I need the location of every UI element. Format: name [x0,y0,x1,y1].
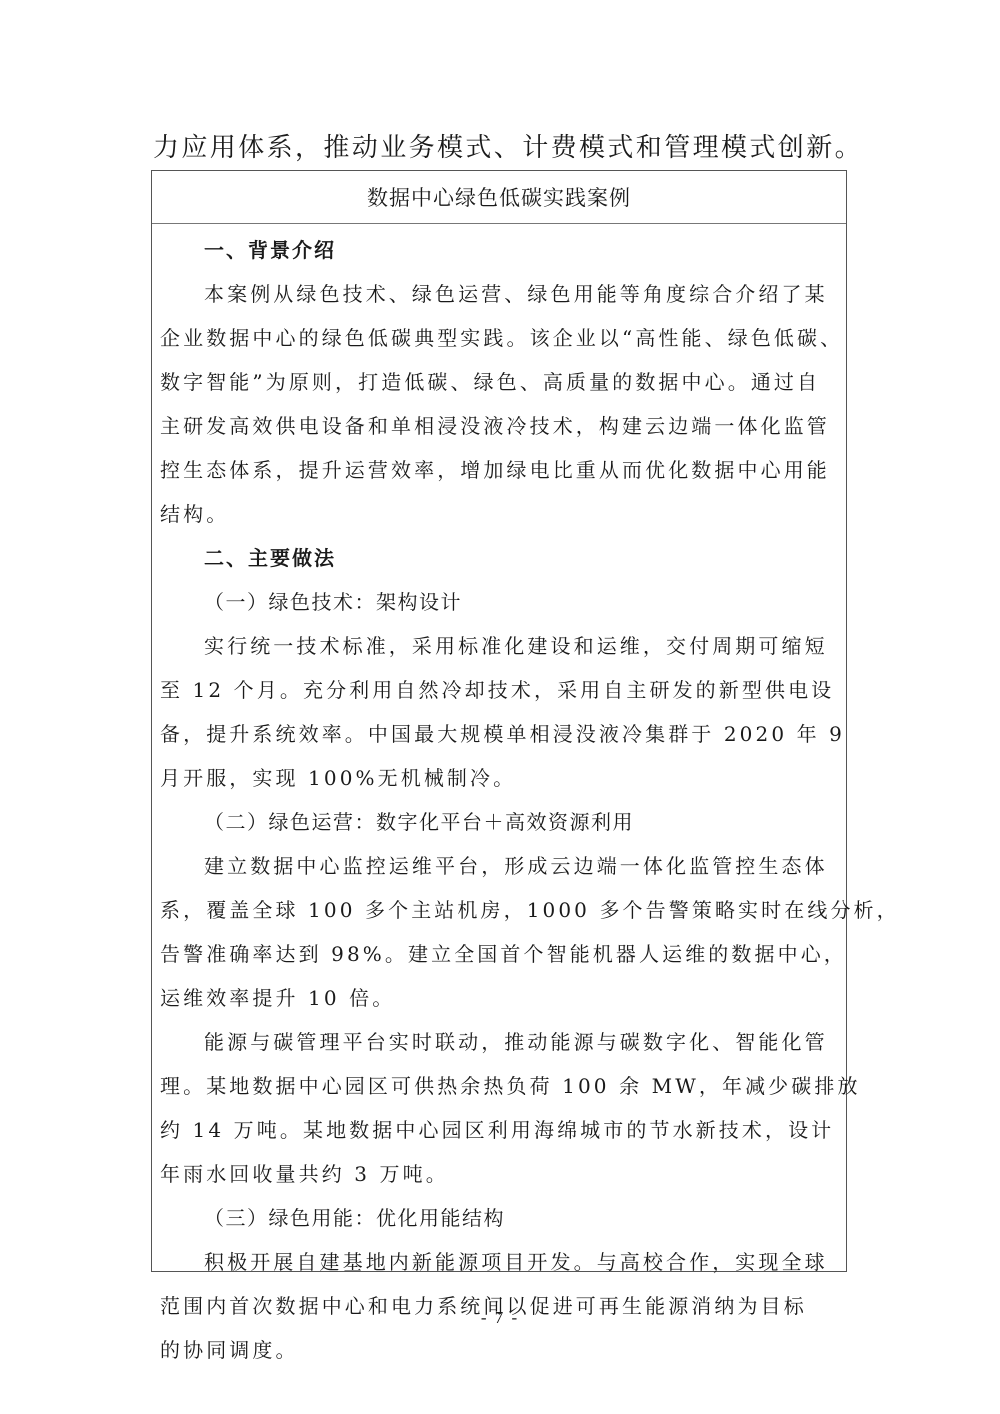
text-line: 备，提升系统效率。中国最大规模单相浸没液冷集群于 2020 年 9 [160,712,838,756]
text-line: 约 14 万吨。某地数据中心园区利用海绵城市的节水新技术，设计 [160,1108,838,1152]
lead-paragraph-tail: 力应用体系，推动业务模式、计费模式和管理模式创新。 [153,128,853,168]
text-line: 企业数据中心的绿色低碳典型实践。该企业以“高性能、绿色低碳、 [160,316,838,360]
case-study-content: 一、背景介绍 本案例从绿色技术、绿色运营、绿色用能等角度综合介绍了某 企业数据中… [152,224,846,1372]
text-line: 月开服，实现 100%无机械制冷。 [160,756,838,800]
text-line: 能源与碳管理平台实时联动，推动能源与碳数字化、智能化管 [160,1020,838,1064]
case-study-box: 数据中心绿色低碳实践案例 一、背景介绍 本案例从绿色技术、绿色运营、绿色用能等角… [151,170,847,1272]
text-line: 运维效率提升 10 倍。 [160,976,838,1020]
text-line: 本案例从绿色技术、绿色运营、绿色用能等角度综合介绍了某 [160,272,838,316]
text-line: 告警准确率达到 98%。建立全国首个智能机器人运维的数据中心， [160,932,838,976]
page-number: - 7 - [0,1308,1000,1328]
paragraph-green-tech: 实行统一技术标准，采用标准化建设和运维，交付周期可缩短 至 12 个月。充分利用… [160,624,838,800]
paragraph-background: 本案例从绿色技术、绿色运营、绿色用能等角度综合介绍了某 企业数据中心的绿色低碳典… [160,272,838,536]
text-line: 主研发高效供电设备和单相浸没液冷技术，构建云边端一体化监管 [160,404,838,448]
text-line: 系，覆盖全球 100 多个主站机房，1000 多个告警策略实时在线分析， [160,888,838,932]
text-line: 数字智能”为原则，打造低碳、绿色、高质量的数据中心。通过自 [160,360,838,404]
text-line: 的协同调度。 [160,1328,838,1372]
section-heading-main-practices: 二、主要做法 [160,536,838,580]
paragraph-green-ops-platform: 建立数据中心监控运维平台，形成云边端一体化监管控生态体 系，覆盖全球 100 多… [160,844,838,1020]
section-heading-background: 一、背景介绍 [160,228,838,272]
text-line: 年雨水回收量共约 3 万吨。 [160,1152,838,1196]
subsection-heading-green-energy-use: （三）绿色用能：优化用能结构 [160,1196,838,1240]
text-line: 控生态体系，提升运营效率，增加绿电比重从而优化数据中心用能 [160,448,838,492]
text-line: 至 12 个月。充分利用自然冷却技术，采用自主研发的新型供电设 [160,668,838,712]
subsection-heading-green-tech: （一）绿色技术：架构设计 [160,580,838,624]
text-line: 建立数据中心监控运维平台，形成云边端一体化监管控生态体 [160,844,838,888]
subsection-heading-green-ops: （二）绿色运营：数字化平台＋高效资源利用 [160,800,838,844]
text-line: 结构。 [160,492,838,536]
text-line: 实行统一技术标准，采用标准化建设和运维，交付周期可缩短 [160,624,838,668]
paragraph-green-ops-energy: 能源与碳管理平台实时联动，推动能源与碳数字化、智能化管 理。某地数据中心园区可供… [160,1020,838,1196]
text-line: 积极开展自建基地内新能源项目开发。与高校合作，实现全球 [160,1240,838,1284]
case-study-title: 数据中心绿色低碳实践案例 [152,171,846,224]
text-line: 理。某地数据中心园区可供热余热负荷 100 余 MW，年减少碳排放 [160,1064,838,1108]
paragraph-green-energy-use: 积极开展自建基地内新能源项目开发。与高校合作，实现全球 范围内首次数据中心和电力… [160,1240,838,1372]
